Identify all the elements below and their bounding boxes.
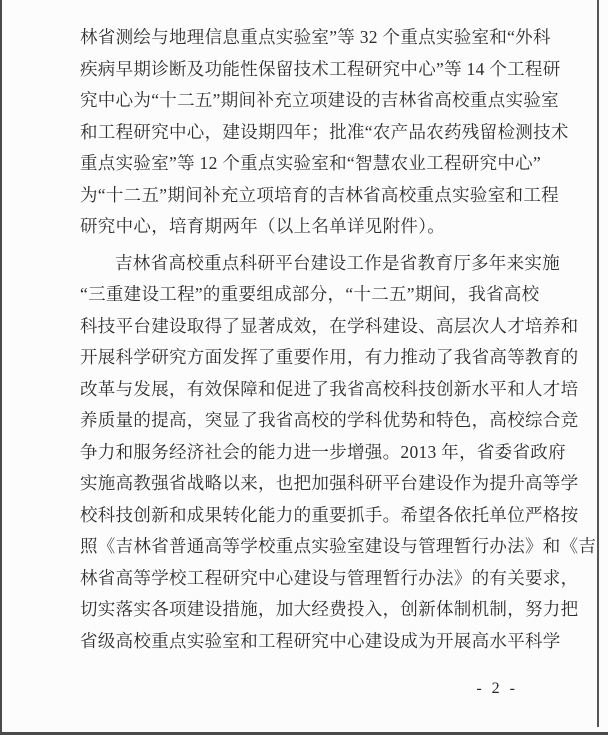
paragraph-1: 林省测绘与地理信息重点实验室”等 32 个重点实验室和“外科 疾病早期诊断及功能… [80, 22, 572, 243]
scan-edge-left [0, 0, 2, 735]
document-page: 林省测绘与地理信息重点实验室”等 32 个重点实验室和“外科 疾病早期诊断及功能… [0, 0, 608, 735]
text-line: “三重建设工程”的重要组成部分，“十二五”期间，我省高校 [80, 279, 572, 311]
text-line: 林省高等学校工程研究中心建设与管理暂行办法》的有关要求， [80, 563, 572, 595]
text-line: 照《吉林省普通高等学校重点实验室建设与管理暂行办法》和《吉 [80, 531, 572, 563]
text-line: 研究中心，培育期两年（以上名单详见附件）。 [80, 211, 572, 243]
text-line: 争力和服务经济社会的能力进一步增强。2013 年，省委省政府 [80, 437, 572, 469]
document-body: 林省测绘与地理信息重点实验室”等 32 个重点实验室和“外科 疾病早期诊断及功能… [80, 22, 572, 657]
text-line: 养质量的提高，突显了我省高校的学科优势和特色，高校综合竞 [80, 405, 572, 437]
page-number: - 2 - [476, 681, 518, 697]
text-line: 林省测绘与地理信息重点实验室”等 32 个重点实验室和“外科 [80, 22, 572, 54]
text-line: 吉林省高校重点科研平台建设工作是省教育厅多年来实施 [80, 248, 572, 280]
text-line: 校科技创新和成果转化能力的重要抓手。希望各依托单位严格按 [80, 500, 572, 532]
text-line: 重点实验室”等 12 个重点实验室和“智慧农业工程研究中心” [80, 148, 572, 180]
text-line: 实施高教强省战略以来，也把加强科研平台建设作为提升高等学 [80, 468, 572, 500]
text-line: 和工程研究中心，建设期四年；批准“农产品农药残留检测技术 [80, 117, 572, 149]
text-line: 开展科学研究方面发挥了重要作用，有力推动了我省高等教育的 [80, 342, 572, 374]
paragraph-2: 吉林省高校重点科研平台建设工作是省教育厅多年来实施 “三重建设工程”的重要组成部… [80, 248, 572, 658]
text-line: 科技平台建设取得了显著成效，在学科建设、高层次人才培养和 [80, 311, 572, 343]
text-line: 为“十二五”期间补充立项培育的吉林省高校重点实验室和工程 [80, 180, 572, 212]
text-line: 改革与发展，有效保障和促进了我省高校科技创新水平和人才培 [80, 374, 572, 406]
scan-edge-right [597, 0, 599, 727]
text-line: 疾病早期诊断及功能性保留技术工程研究中心”等 14 个工程研 [80, 54, 572, 86]
text-line: 切实落实各项建设措施，加大经费投入，创新体制机制，努力把 [80, 594, 572, 626]
text-line: 省级高校重点实验室和工程研究中心建设成为开展高水平科学 [80, 626, 572, 658]
text-line: 究中心为“十二五”期间补充立项建设的吉林省高校重点实验室 [80, 85, 572, 117]
